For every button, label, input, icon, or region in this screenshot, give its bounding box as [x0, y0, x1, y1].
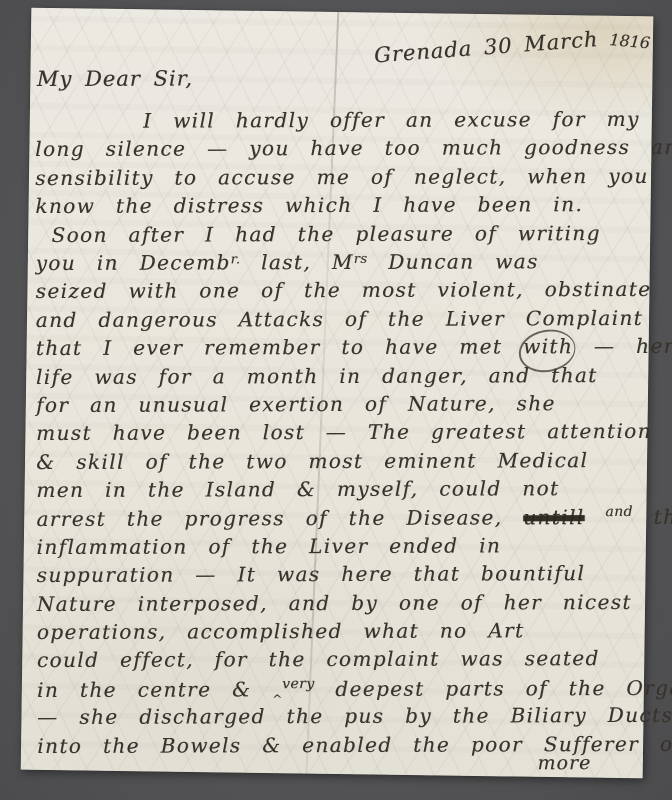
letter-word-sup: r. — [231, 252, 241, 267]
letter-text: sensibility to accuse me of neglect, whe… — [35, 164, 648, 190]
letter-text: operations, accomplished what no Art — [37, 618, 525, 644]
letter-line: know the distress which I have been in. — [35, 192, 647, 223]
letter-text: & skill of the two most eminent Medical — [36, 448, 588, 474]
letter-line: operations, accomplished what no Art — [37, 618, 649, 649]
letter-text: suppuration — It was here that bountiful — [37, 561, 586, 587]
letter-line: Soon after I had the pleasure of writing — [35, 220, 647, 251]
letter-text: that I ever remember to have met with — … — [36, 334, 672, 360]
letter-text: the — [633, 505, 672, 529]
letter-text: life was for a month in danger, and that — [36, 363, 598, 389]
letter-line: arrest the progress of the Disease, unti… — [36, 504, 648, 535]
letter-line: men in the Island & myself, could not — [36, 476, 648, 507]
letter-line: sensibility to accuse me of neglect, whe… — [35, 164, 647, 195]
letter-word-ins: and — [605, 504, 633, 520]
letter-text: deepest parts of the Organ — [314, 676, 672, 701]
letter-line: and dangerous Attacks of the Liver Compl… — [36, 306, 648, 337]
letter-text: inflammation of the Liver ended in — [36, 533, 501, 559]
letter-text: you in Decemb — [36, 250, 231, 275]
letter-text: — she discharged the pus by the Biliary … — [37, 703, 672, 729]
letter-text: must have been lost — The greatest atten… — [36, 419, 652, 445]
catchword: more — [537, 752, 591, 774]
letter-line: could effect, for the complaint was seat… — [37, 646, 649, 677]
salutation: My Dear Sir, — [37, 67, 193, 92]
letter-line: suppuration — It was here that bountiful — [37, 561, 649, 592]
letter-word-struck: untill — [523, 506, 584, 530]
letter-word-sup: rs — [354, 252, 368, 267]
letter-page: Grenada 30 March 1816 My Dear Sir, I wil… — [21, 8, 654, 779]
dateline-month: March — [523, 27, 599, 56]
photo-background: Grenada 30 March 1816 My Dear Sir, I wil… — [0, 0, 672, 800]
dateline-year: 1816 — [609, 30, 651, 52]
letter-text: in the centre & — [37, 677, 272, 702]
letter-word-ins: very — [282, 676, 314, 692]
letter-text: Nature interposed, and by one of her nic… — [37, 590, 632, 616]
letter-text: and dangerous Attacks of the Liver Compl… — [36, 306, 643, 332]
dateline-place: Grenada — [373, 36, 473, 67]
letter-text: could effect, for the complaint was seat… — [37, 647, 600, 673]
letter-text: I will hardly offer an excuse for my — [143, 107, 640, 133]
letter-text: arrest the progress of the Disease, — [36, 506, 523, 532]
letter-body: I will hardly offer an excuse for mylong… — [35, 107, 649, 762]
letter-line: seized with one of the most violent, obs… — [36, 277, 648, 308]
letter-line: in the centre & ^very deepest parts of t… — [37, 675, 649, 706]
letter-line: you in Decembr. last, Mrs Duncan was — [36, 249, 648, 280]
letter-text: Duncan was — [367, 249, 538, 274]
letter-text — [585, 506, 606, 530]
dateline: Grenada 30 March 1816 — [373, 23, 651, 67]
letter-line: I will hardly offer an excuse for my — [35, 107, 647, 138]
dateline-day: 30 — [483, 33, 513, 59]
letter-line: — she discharged the pus by the Biliary … — [37, 703, 649, 734]
letter-line: life was for a month in danger, and that — [36, 362, 648, 393]
letter-text: know the distress which I have been in. — [35, 192, 583, 218]
letter-text: long silence — you have too much goodnes… — [35, 135, 672, 161]
letter-text: last, M — [240, 250, 353, 274]
letter-text: men in the Island & myself, could not — [36, 476, 559, 502]
letter-line: & skill of the two most eminent Medical — [36, 448, 648, 479]
letter-line: Nature interposed, and by one of her nic… — [37, 590, 649, 621]
letter-line: that I ever remember to have met with — … — [36, 334, 648, 365]
letter-text: seized with one of the most violent, obs… — [36, 277, 652, 303]
handwriting-layer: Grenada 30 March 1816 My Dear Sir, I wil… — [25, 11, 650, 775]
letter-line: for an unusual exertion of Nature, she — [36, 391, 648, 422]
letter-line: long silence — you have too much goodnes… — [35, 135, 647, 166]
letter-line: must have been lost — The greatest atten… — [36, 419, 648, 450]
letter-line: inflammation of the Liver ended in — [36, 533, 648, 564]
letter-text: Soon after I had the pleasure of writing — [51, 221, 600, 247]
letter-text: for an unusual exertion of Nature, she — [36, 391, 556, 417]
